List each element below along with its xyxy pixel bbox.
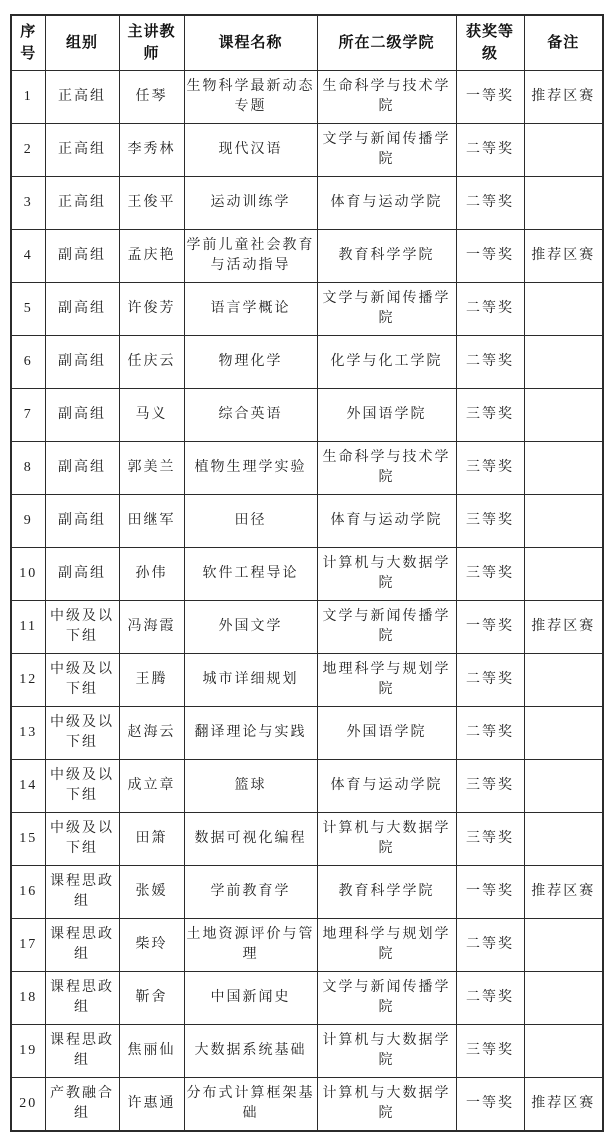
table-cell [524,177,603,230]
table-cell: 生命科学与技术学院 [317,442,456,495]
table-cell [524,548,603,601]
table-cell: 焦丽仙 [119,1025,184,1078]
table-cell: 田继军 [119,495,184,548]
table-cell: 推荐区赛 [524,601,603,654]
table-cell: 生物科学最新动态专题 [184,71,317,124]
table-cell [524,124,603,177]
table-cell [524,336,603,389]
table-cell: 孙伟 [119,548,184,601]
table-cell: 化学与化工学院 [317,336,456,389]
table-cell: 14 [11,760,45,813]
table-cell: 三等奖 [456,389,524,442]
table-cell: 1 [11,71,45,124]
table-cell: 靳舍 [119,972,184,1025]
table-body: 1正高组任琴生物科学最新动态专题生命科学与技术学院一等奖推荐区赛2正高组李秀林现… [11,71,603,1132]
table-cell: 现代汉语 [184,124,317,177]
table-cell: 5 [11,283,45,336]
table-cell: 正高组 [45,71,119,124]
table-row: 19课程思政组焦丽仙大数据系统基础计算机与大数据学院三等奖 [11,1025,603,1078]
table-cell: 学前教育学 [184,866,317,919]
table-cell: 分布式计算框架基础 [184,1078,317,1132]
table-cell: 任庆云 [119,336,184,389]
table-cell: 外国语学院 [317,389,456,442]
table-cell: 文学与新闻传播学院 [317,601,456,654]
table-cell: 中级及以下组 [45,813,119,866]
table-cell: 19 [11,1025,45,1078]
table-row: 4副高组孟庆艳学前儿童社会教育与活动指导教育科学学院一等奖推荐区赛 [11,230,603,283]
table-row: 17课程思政组柴玲土地资源评价与管理地理科学与规划学院二等奖 [11,919,603,972]
table-cell: 中级及以下组 [45,760,119,813]
table-cell: 三等奖 [456,813,524,866]
column-header: 序号 [11,15,45,71]
document-page: 序号组别主讲教师课程名称所在二级学院获奖等级备注 1正高组任琴生物科学最新动态专… [0,0,613,989]
table-cell: 二等奖 [456,336,524,389]
table-row: 5副高组许俊芳语言学概论文学与新闻传播学院二等奖 [11,283,603,336]
table-cell: 城市详细规划 [184,654,317,707]
table-cell: 教育科学学院 [317,866,456,919]
column-header: 主讲教师 [119,15,184,71]
table-cell [524,495,603,548]
table-cell: 11 [11,601,45,654]
table-cell: 副高组 [45,389,119,442]
table-cell: 任琴 [119,71,184,124]
table-cell: 推荐区赛 [524,866,603,919]
table-cell: 马义 [119,389,184,442]
table-cell: 教育科学学院 [317,230,456,283]
table-cell: 正高组 [45,177,119,230]
table-cell: 副高组 [45,548,119,601]
table-cell: 正高组 [45,124,119,177]
table-cell: 4 [11,230,45,283]
table-cell: 大数据系统基础 [184,1025,317,1078]
column-header: 所在二级学院 [317,15,456,71]
table-cell: 文学与新闻传播学院 [317,124,456,177]
table-cell: 二等奖 [456,707,524,760]
table-cell: 课程思政组 [45,866,119,919]
table-cell: 文学与新闻传播学院 [317,972,456,1025]
table-cell: 数据可视化编程 [184,813,317,866]
table-cell: 三等奖 [456,548,524,601]
table-cell: 翻译理论与实践 [184,707,317,760]
column-header: 组别 [45,15,119,71]
table-cell [524,813,603,866]
table-cell [524,972,603,1025]
table-row: 12中级及以下组王腾城市详细规划地理科学与规划学院二等奖 [11,654,603,707]
table-row: 7副高组马义综合英语外国语学院三等奖 [11,389,603,442]
table-cell: 三等奖 [456,442,524,495]
table-cell: 8 [11,442,45,495]
table-cell: 一等奖 [456,866,524,919]
table-row: 20产教融合组许惠通分布式计算框架基础计算机与大数据学院一等奖推荐区赛 [11,1078,603,1132]
table-cell: 综合英语 [184,389,317,442]
table-cell: 二等奖 [456,124,524,177]
table-cell: 运动训练学 [184,177,317,230]
table-cell: 副高组 [45,230,119,283]
table-cell: 张媛 [119,866,184,919]
table-cell: 物理化学 [184,336,317,389]
table-cell: 中级及以下组 [45,654,119,707]
table-cell: 6 [11,336,45,389]
table-cell: 外国文学 [184,601,317,654]
table-cell: 12 [11,654,45,707]
table-cell: 郭美兰 [119,442,184,495]
table-row: 6副高组任庆云物理化学化学与化工学院二等奖 [11,336,603,389]
table-cell [524,760,603,813]
table-cell: 地理科学与规划学院 [317,919,456,972]
table-cell: 三等奖 [456,760,524,813]
column-header: 课程名称 [184,15,317,71]
table-cell: 地理科学与规划学院 [317,654,456,707]
table-cell: 课程思政组 [45,1025,119,1078]
table-cell: 语言学概论 [184,283,317,336]
table-cell: 20 [11,1078,45,1132]
table-cell: 9 [11,495,45,548]
table-row: 15中级及以下组田箫数据可视化编程计算机与大数据学院三等奖 [11,813,603,866]
table-row: 16课程思政组张媛学前教育学教育科学学院一等奖推荐区赛 [11,866,603,919]
table-cell: 15 [11,813,45,866]
table-cell: 三等奖 [456,1025,524,1078]
table-cell: 文学与新闻传播学院 [317,283,456,336]
table-cell: 推荐区赛 [524,71,603,124]
table-cell: 副高组 [45,336,119,389]
table-cell: 17 [11,919,45,972]
table-cell: 2 [11,124,45,177]
table-cell: 计算机与大数据学院 [317,1078,456,1132]
table-cell: 王俊平 [119,177,184,230]
table-cell [524,1025,603,1078]
table-cell [524,389,603,442]
table-cell: 中国新闻史 [184,972,317,1025]
table-cell: 篮球 [184,760,317,813]
table-row: 18课程思政组靳舍中国新闻史文学与新闻传播学院二等奖 [11,972,603,1025]
table-cell [524,442,603,495]
table-cell [524,919,603,972]
table-cell: 软件工程导论 [184,548,317,601]
table-cell: 产教融合组 [45,1078,119,1132]
table-cell: 课程思政组 [45,972,119,1025]
table-cell: 许俊芳 [119,283,184,336]
table-cell: 一等奖 [456,601,524,654]
column-header: 获奖等级 [456,15,524,71]
table-cell: 柴玲 [119,919,184,972]
table-cell: 二等奖 [456,972,524,1025]
table-cell: 7 [11,389,45,442]
table-cell: 13 [11,707,45,760]
table-cell: 推荐区赛 [524,230,603,283]
table-row: 3正高组王俊平运动训练学体育与运动学院二等奖 [11,177,603,230]
table-cell [524,654,603,707]
table-cell: 李秀林 [119,124,184,177]
table-cell: 体育与运动学院 [317,760,456,813]
table-cell [524,707,603,760]
table-cell: 许惠通 [119,1078,184,1132]
table-cell: 副高组 [45,495,119,548]
table-row: 9副高组田继军田径体育与运动学院三等奖 [11,495,603,548]
table-row: 10副高组孙伟软件工程导论计算机与大数据学院三等奖 [11,548,603,601]
column-header: 备注 [524,15,603,71]
table-cell: 二等奖 [456,654,524,707]
table-cell: 计算机与大数据学院 [317,548,456,601]
table-cell: 生命科学与技术学院 [317,71,456,124]
table-cell: 推荐区赛 [524,1078,603,1132]
table-cell: 课程思政组 [45,919,119,972]
table-row: 13中级及以下组赵海云翻译理论与实践外国语学院二等奖 [11,707,603,760]
table-cell: 副高组 [45,283,119,336]
table-cell: 体育与运动学院 [317,177,456,230]
table-cell: 田箫 [119,813,184,866]
table-cell: 成立章 [119,760,184,813]
table-cell: 王腾 [119,654,184,707]
table-cell: 16 [11,866,45,919]
table-cell: 体育与运动学院 [317,495,456,548]
table-cell: 10 [11,548,45,601]
table-row: 8副高组郭美兰植物生理学实验生命科学与技术学院三等奖 [11,442,603,495]
table-cell: 外国语学院 [317,707,456,760]
table-row: 11中级及以下组冯海霞外国文学文学与新闻传播学院一等奖推荐区赛 [11,601,603,654]
table-cell: 土地资源评价与管理 [184,919,317,972]
table-cell: 二等奖 [456,919,524,972]
table-row: 14中级及以下组成立章篮球体育与运动学院三等奖 [11,760,603,813]
table-cell: 赵海云 [119,707,184,760]
table-row: 2正高组李秀林现代汉语文学与新闻传播学院二等奖 [11,124,603,177]
table-cell: 一等奖 [456,230,524,283]
table-cell: 二等奖 [456,283,524,336]
table-cell: 田径 [184,495,317,548]
table-cell: 计算机与大数据学院 [317,1025,456,1078]
table-cell: 孟庆艳 [119,230,184,283]
table-cell: 冯海霞 [119,601,184,654]
table-cell: 中级及以下组 [45,601,119,654]
table-cell: 18 [11,972,45,1025]
table-cell: 植物生理学实验 [184,442,317,495]
table-row: 1正高组任琴生物科学最新动态专题生命科学与技术学院一等奖推荐区赛 [11,71,603,124]
table-cell: 3 [11,177,45,230]
table-cell: 一等奖 [456,71,524,124]
header-row: 序号组别主讲教师课程名称所在二级学院获奖等级备注 [11,15,603,71]
table-cell [524,283,603,336]
table-cell: 一等奖 [456,1078,524,1132]
table-cell: 三等奖 [456,495,524,548]
table-cell: 计算机与大数据学院 [317,813,456,866]
table-cell: 二等奖 [456,177,524,230]
table-cell: 学前儿童社会教育与活动指导 [184,230,317,283]
award-results-table: 序号组别主讲教师课程名称所在二级学院获奖等级备注 1正高组任琴生物科学最新动态专… [10,14,604,1132]
table-cell: 中级及以下组 [45,707,119,760]
table-cell: 副高组 [45,442,119,495]
